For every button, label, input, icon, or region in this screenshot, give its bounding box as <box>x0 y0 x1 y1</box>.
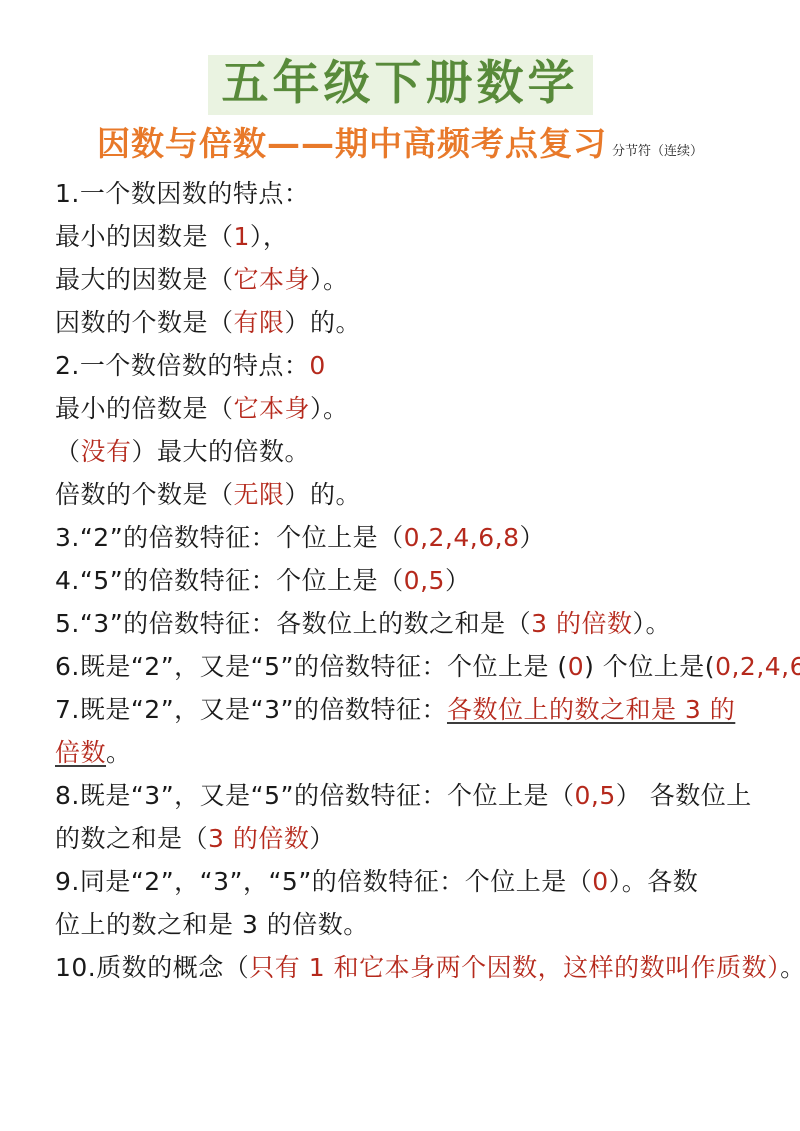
text-line: 2.一个数倍数的特点：0 <box>55 344 760 387</box>
answer-text: 它本身 <box>234 394 311 423</box>
statement-text: 最小的因数是（ <box>55 222 234 251</box>
statement-text: 7.既是“2”，又是“3”的倍数特征： <box>55 695 447 724</box>
statement-text: 10.质数的概念（ <box>55 953 249 982</box>
answer-text: 0,2,4,6,8 <box>715 652 800 681</box>
statement-text: ）， <box>250 222 289 251</box>
statement-text: 。 <box>780 953 800 982</box>
statement-text: 1.一个数因数的特点： <box>55 179 309 208</box>
text-line: 4.“5”的倍数特征：个位上是（0,5） <box>55 559 760 602</box>
document-page: 五年级下册数学 因数与倍数——期中高频考点复习分节符（连续） 1.一个数因数的特… <box>0 0 800 1131</box>
answer-text: 无限 <box>234 480 285 509</box>
text-line: 1.一个数因数的特点： <box>55 172 760 215</box>
answer-text: 0 <box>309 351 325 380</box>
statement-text: 8.既是“3”，又是“5”的倍数特征：个位上是（ <box>55 781 574 810</box>
statement-text: 5.“3”的倍数特征：各数位上的数之和是（ <box>55 609 531 638</box>
statement-text: 3.“2”的倍数特征：个位上是（ <box>55 523 404 552</box>
answer-text: 0 <box>568 652 584 681</box>
subtitle-row: 因数与倍数——期中高频考点复习分节符（连续） <box>0 118 800 165</box>
text-line: 因数的个数是（有限）的。 <box>55 301 760 344</box>
statement-text: ） <box>445 566 471 595</box>
answer-text: 只有 1 和它本身两个因数，这样的数叫作质数） <box>249 953 780 982</box>
text-line: 7.既是“2”，又是“3”的倍数特征：各数位上的数之和是 3 的 <box>55 688 760 731</box>
text-line: 位上的数之和是 3 的倍数。 <box>55 903 760 946</box>
answer-text: 倍数 <box>55 738 106 767</box>
answer-text: 3 的倍数 <box>208 824 309 853</box>
statement-text: 最大的因数是（ <box>55 265 234 294</box>
text-line: 3.“2”的倍数特征：个位上是（0,2,4,6,8） <box>55 516 760 559</box>
statement-text: 。 <box>106 738 132 767</box>
statement-text: ） <box>520 523 546 552</box>
text-line: 5.“3”的倍数特征：各数位上的数之和是（3 的倍数）。 <box>55 602 760 645</box>
statement-text: ）。 <box>310 394 349 423</box>
statement-text: （ <box>55 437 81 466</box>
text-line: 8.既是“3”，又是“5”的倍数特征：个位上是（0,5） 各数位上 <box>55 774 760 817</box>
answer-text: 没有 <box>81 437 132 466</box>
statement-text: 6.既是“2”，又是“5”的倍数特征：个位上是 ( <box>55 652 568 681</box>
statement-text: ） <box>309 824 335 853</box>
statement-text: 因数的个数是（ <box>55 308 234 337</box>
statement-text: 4.“5”的倍数特征：个位上是（ <box>55 566 404 595</box>
statement-text: ）。各数 <box>609 867 699 896</box>
text-line: 的数之和是（3 的倍数） <box>55 817 760 860</box>
answer-text: 3 的倍数 <box>531 609 632 638</box>
answer-text: 它本身 <box>234 265 311 294</box>
text-line: 最小的因数是（1）， <box>55 215 760 258</box>
body-lines: 1.一个数因数的特点：最小的因数是（1），最大的因数是（它本身）。因数的个数是（… <box>0 165 800 989</box>
text-line: （没有）最大的倍数。 <box>55 430 760 473</box>
answer-text: 1 <box>234 222 250 251</box>
statement-text: ） 各数位上 <box>616 781 752 810</box>
text-line: 倍数。 <box>55 731 760 774</box>
answer-text: 0,2,4,6,8 <box>404 523 520 552</box>
page-subtitle: 因数与倍数——期中高频考点复习 <box>97 124 607 163</box>
statement-text: 的数之和是（ <box>55 824 208 853</box>
section-break-marker: 分节符（连续） <box>612 144 703 159</box>
statement-text: 倍数的个数是（ <box>55 480 234 509</box>
answer-text: 各数位上的数之和是 3 的 <box>447 695 735 724</box>
statement-text: ）的。 <box>285 480 362 509</box>
text-line: 最小的倍数是（它本身）。 <box>55 387 760 430</box>
text-line: 9.同是“2”，“3”，“5”的倍数特征：个位上是（0）。各数 <box>55 860 760 903</box>
statement-text: ) 个位上是( <box>584 652 715 681</box>
text-line: 倍数的个数是（无限）的。 <box>55 473 760 516</box>
page-header: 五年级下册数学 因数与倍数——期中高频考点复习分节符（连续） <box>0 0 800 165</box>
text-line: 10.质数的概念（只有 1 和它本身两个因数，这样的数叫作质数）。 <box>55 946 760 989</box>
statement-text: ）最大的倍数。 <box>132 437 311 466</box>
answer-text: 0,5 <box>404 566 445 595</box>
statement-text: 最小的倍数是（ <box>55 394 234 423</box>
statement-text: ）。 <box>633 609 672 638</box>
statement-text: 位上的数之和是 3 的倍数。 <box>55 910 369 939</box>
statement-text: 2.一个数倍数的特点： <box>55 351 309 380</box>
text-line: 最大的因数是（它本身）。 <box>55 258 760 301</box>
statement-text: 9.同是“2”，“3”，“5”的倍数特征：个位上是（ <box>55 867 592 896</box>
answer-text: 0 <box>592 867 608 896</box>
page-title: 五年级下册数学 <box>208 55 593 115</box>
statement-text: ）的。 <box>285 308 362 337</box>
answer-text: 有限 <box>234 308 285 337</box>
answer-text: 0,5 <box>574 781 615 810</box>
text-line: 6.既是“2”，又是“5”的倍数特征：个位上是 (0) 个位上是(0,2,4,6… <box>55 645 760 688</box>
statement-text: ）。 <box>310 265 349 294</box>
